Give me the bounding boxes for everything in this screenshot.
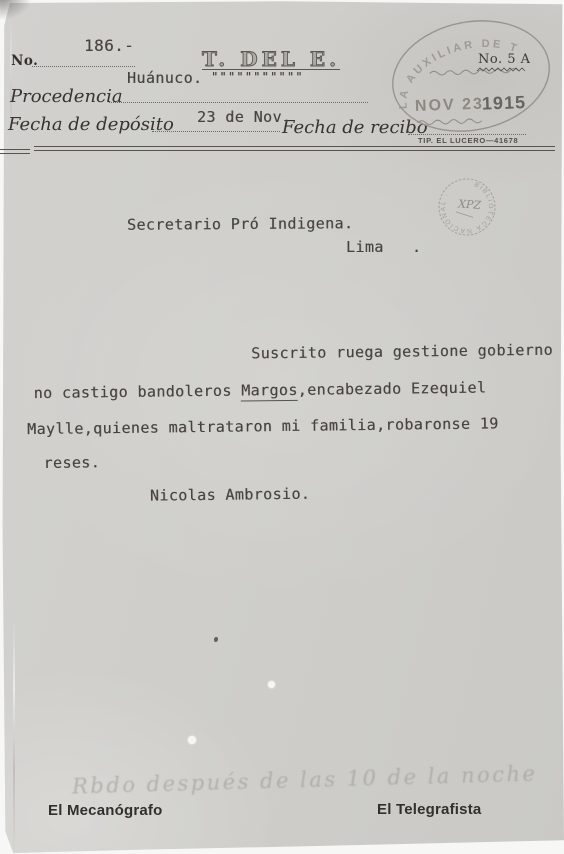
message-line-2-suffix: ,encabezado Ezequiel (298, 379, 487, 399)
paper-crease (10, 20, 12, 140)
message-line-4: reses. (43, 453, 100, 472)
underlined-place-name: Margos (241, 381, 298, 402)
paper-speck-white (188, 736, 196, 744)
form-number-squiggle (475, 66, 529, 74)
paper-crease (13, 618, 15, 854)
signature-line: Nicolas Ambrosio. (150, 485, 311, 505)
message-line-3: Maylle,quienes maltrataron mi familia,ro… (27, 414, 499, 438)
message-body: Suscrito ruega gestione gobierno no cast… (0, 0, 564, 854)
fecha-deposito-value: 23 de Nov. (197, 108, 291, 126)
message-line-2-prefix: no castigo bandoleros (34, 382, 242, 403)
message-line-2: no castigo bandoleros Margos,encabezado … (34, 379, 487, 403)
message-line-1: Suscrito ruega gestione gobierno (251, 341, 553, 363)
form-number: No. 5 A (478, 52, 531, 67)
paper-speck-white (268, 681, 275, 688)
telegrafista-label: El Telegrafista (377, 801, 481, 818)
scanned-telegram-page: No. 186.- T. DEL E. Huánuco. """""""""""… (0, 0, 564, 854)
mecanografo-label: El Mecanógrafo (48, 802, 163, 819)
